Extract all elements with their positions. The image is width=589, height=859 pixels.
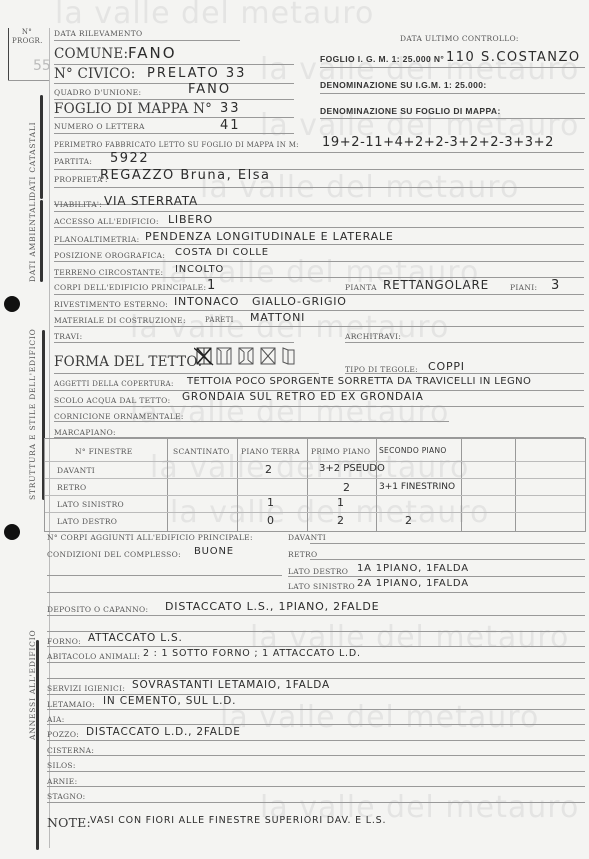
posizione-value[interactable]: COSTA DI COLLE	[175, 247, 269, 258]
foglio-igm-label: FOGLIO I. G. M. 1: 25.000 N°	[320, 54, 444, 64]
col-header-secondo-piano: SECONDO PIANO	[379, 446, 447, 455]
stagno-label: STAGNO:	[47, 792, 85, 801]
letamaio-value[interactable]: IN CEMENTO, SUL L.D.	[103, 695, 236, 707]
aia-label: AIA:	[47, 715, 65, 724]
row-label-davanti: DAVANTI	[57, 466, 95, 475]
viabilita-value[interactable]: VIA STERRATA	[104, 194, 198, 208]
roof-option-4-icon[interactable]	[260, 346, 276, 366]
materiale-value[interactable]: MATTONI	[250, 311, 305, 324]
row-label-retro: RETRO	[57, 483, 86, 492]
abitacolo-label: ABITACOLO ANIMALI:	[47, 652, 140, 661]
deposito-label: DEPOSITO o CAPANNO:	[47, 605, 148, 614]
col-header-piano-terra: PIANO TERRA	[241, 447, 300, 456]
lato-sinistro-label: LATO SINISTRO	[288, 582, 355, 591]
punch-hole	[4, 524, 20, 540]
section-dati-catastali: DATI CATASTALI	[28, 122, 37, 198]
travi-label: TRAVI:	[54, 332, 82, 341]
pozzo-label: POZZO:	[47, 730, 79, 739]
civico-value[interactable]: PRELATO 33	[147, 66, 246, 81]
architravi-label: ARCHITRAVI:	[345, 332, 401, 341]
perimetro-value[interactable]: 19+2-11+4+2+2-3+2+2-3+3+2	[322, 135, 554, 150]
piani-value[interactable]: 3	[551, 278, 560, 293]
brace	[40, 95, 43, 199]
watermark: la valle del metauro	[55, 0, 374, 31]
cell-retro-primo-piano[interactable]: 2	[343, 481, 350, 494]
corpi-value[interactable]: 1	[207, 278, 216, 293]
civico-label: N° CIVICO:	[54, 66, 136, 82]
foglio-mappa-value[interactable]: 33	[220, 101, 241, 116]
cell-lato-destro-primo-piano[interactable]: 2	[337, 514, 344, 527]
planoaltimetria-label: PLANOALTIMETRIA:	[54, 235, 139, 244]
terreno-label: TERRENO CIRCOSTANTE:	[54, 268, 163, 277]
cell-lato-sinistro-piano-terra[interactable]: 1	[267, 496, 274, 509]
col-header-primo-piano: PRIMO PIANO	[311, 447, 370, 456]
corpi-aggiunti-label: N° CORPI AGGIUNTI ALL'EDIFICIO PRINCIPAL…	[47, 533, 253, 542]
rivestimento-label: RIVESTIMENTO ESTERNO:	[54, 300, 168, 309]
roof-option-1-icon[interactable]	[194, 346, 214, 366]
pianta-value[interactable]: RETTANGOLARE	[383, 278, 489, 292]
posizione-label: POSIZIONE OROGRAFICA:	[54, 251, 165, 260]
accesso-value[interactable]: LIBERO	[168, 213, 213, 226]
pareti-label: PARETI	[205, 316, 234, 324]
retro-label: RETRO	[288, 550, 317, 559]
viabilita-label: VIABILITA':	[54, 200, 102, 209]
brace	[40, 200, 43, 282]
denom-foglio-label: DENOMINAZIONE SU FOGLIO DI MAPPA:	[320, 106, 501, 116]
roof-option-5-icon[interactable]	[282, 346, 296, 366]
col-header-scantinato: SCANTINATO	[173, 447, 230, 456]
rivestimento-value[interactable]: INTONACO GIALLO-GRIGIO	[174, 295, 347, 308]
cell-lato-sinistro-primo-piano[interactable]: 1	[337, 496, 344, 509]
materiale-label: MATERIALE DI COSTRUZIONE:	[54, 316, 186, 325]
quadro-label: QUADRO D'UNIONE:	[54, 88, 141, 97]
comune-value[interactable]: FANO	[128, 44, 177, 62]
aggetti-value[interactable]: TETTOIA POCO SPORGENTE SORRETTA DA TRAVI…	[187, 376, 531, 387]
note-label: NOTE:	[47, 815, 91, 830]
data-ultimo-controllo-label: DATA ULTIMO CONTROLLO:	[400, 34, 519, 43]
tipo-tegole-value[interactable]: COPPI	[428, 360, 465, 373]
corpi-label: CORPI DELL'EDIFICIO PRINCIPALE:	[54, 283, 206, 292]
cornicione-label: CORNICIONE ORNAMENTALE:	[54, 412, 184, 421]
aggetti-label: AGGETTI DELLA COPERTURA:	[54, 380, 174, 388]
watermark: la valle del metauro	[220, 700, 539, 735]
cisterna-label: CISTERNA:	[47, 746, 94, 755]
servizi-label: SERVIZI IGIENICI:	[47, 684, 125, 693]
partita-label: PARTITA:	[54, 157, 92, 166]
proprieta-value[interactable]: REGAZZO Bruna, Elsa	[100, 168, 270, 183]
lato-sinistro-value[interactable]: 2A 1PIANO, 1FALDA	[357, 578, 469, 589]
scolo-label: SCOLO ACQUA DAL TETTO:	[54, 396, 170, 405]
lato-destro-label: LATO DESTRO	[288, 567, 348, 576]
punch-hole	[4, 296, 20, 312]
letamaio-label: LETAMAIO:	[47, 700, 95, 709]
servizi-value[interactable]: SOVRASTANTI LETAMAIO, 1FALDA	[132, 679, 330, 691]
forma-tetto-label: FORMA DEL TETTO:	[54, 354, 202, 370]
finestre-table: N° FINESTRE SCANTINATO PIANO TERRA PRIMO…	[44, 438, 586, 532]
cell-davanti-primo-piano[interactable]: 3+2 PSEUDO	[319, 463, 385, 474]
row-label-lato-destro: LATO DESTRO	[57, 517, 117, 526]
cell-retro-secondo-piano[interactable]: 3+1 FINESTRINO	[379, 482, 455, 492]
scolo-value[interactable]: GRONDAIA SUL RETRO ED EX GRONDAIA	[182, 391, 424, 403]
cell-lato-destro-secondo-piano[interactable]: 2	[405, 514, 412, 527]
row-label-lato-sinistro: LATO SINISTRO	[57, 500, 124, 509]
numero-value[interactable]: 41	[220, 118, 241, 133]
perimetro-label: PERIMETRO FABBRICATO LETTO SU FOGLIO DI …	[54, 141, 299, 149]
forno-value[interactable]: ATTACCATO L.S.	[88, 632, 183, 644]
brace	[36, 640, 39, 850]
davanti-label: DAVANTI	[288, 533, 326, 542]
condizioni-value[interactable]: BUONE	[194, 546, 234, 557]
terreno-value[interactable]: INCOLTO	[175, 264, 224, 275]
condizioni-label: CONDIZIONI DEL COMPLESSO:	[47, 550, 181, 559]
pianta-label: PIANTA	[345, 283, 377, 292]
section-struttura: STRUTTURA E STILE DELL'EDIFICIO	[28, 328, 37, 500]
piani-label: PIANI:	[510, 283, 537, 292]
roof-option-3-icon[interactable]	[238, 346, 254, 366]
lato-destro-value[interactable]: 1A 1PIANO, 1FALDA	[357, 563, 469, 574]
numero-label: NUMERO o LETTERA	[54, 122, 145, 131]
foglio-mappa-label: FOGLIO DI MAPPA N°	[54, 101, 212, 117]
section-dati-ambientali: DATI AMBIENTALI	[28, 197, 37, 282]
cell-lato-destro-piano-terra[interactable]: 0	[267, 514, 274, 527]
accesso-label: ACCESSO ALL'EDIFICIO:	[54, 217, 159, 226]
denom-igm-label: DENOMINAZIONE SU I.G.M. 1: 25.000:	[320, 80, 487, 90]
n-progr-label: N° PROGR.	[12, 28, 42, 46]
partita-value[interactable]: 5922	[110, 151, 149, 166]
comune-label: COMUNE:	[54, 46, 128, 62]
abitacolo-value[interactable]: 2 : 1 SOTTO FORNO ; 1 ATTACCATO L.D.	[143, 648, 361, 659]
deposito-value[interactable]: DISTACCATO L.S., 1PIANO, 2FALDE	[165, 600, 379, 613]
forno-label: FORNO:	[47, 637, 81, 646]
data-rilevamento-label: DATA RILEVAMENTO	[54, 29, 142, 38]
arnie-label: ARNIE:	[47, 777, 77, 786]
note-value[interactable]: VASI CON FIORI ALLE FINESTRE SUPERIORI D…	[90, 815, 386, 826]
pozzo-value[interactable]: DISTACCATO L.D., 2FALDE	[86, 726, 241, 738]
foglio-igm-value[interactable]: 110 S.COSTANZO	[446, 50, 581, 65]
quadro-value[interactable]: FANO	[188, 82, 231, 97]
col-header-finestre: N° FINESTRE	[75, 447, 132, 456]
roof-option-2-icon[interactable]	[216, 346, 232, 366]
silos-label: SILOS:	[47, 761, 76, 770]
marcapiano-label: MARCAPIANO:	[54, 428, 116, 437]
cell-davanti-piano-terra[interactable]: 2	[265, 463, 272, 476]
planoaltimetria-value[interactable]: PENDENZA LONGITUDINALE E LATERALE	[145, 230, 394, 243]
